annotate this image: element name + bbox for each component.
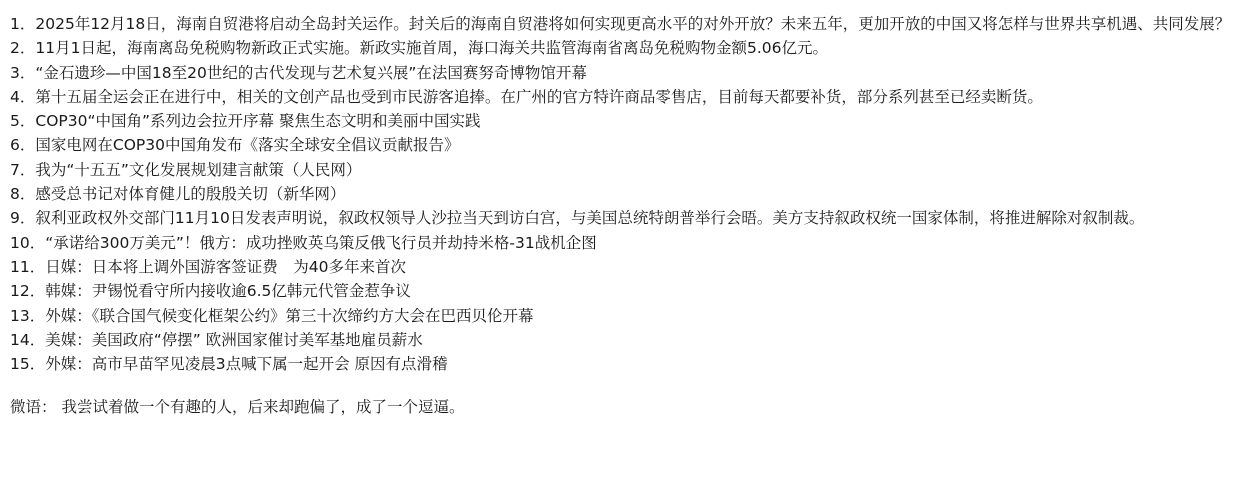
news-item-number: 1． [10, 15, 35, 33]
news-item: 15．外媒：高市早苗罕见凌晨3点喊下属一起开会 原因有点滑稽 [10, 352, 1250, 376]
news-item-text: 美媒：美国政府“停摆” 欧洲国家催讨美军基地雇员薪水 [45, 331, 423, 349]
news-item-text: 日媒：日本将上调外国游客签证费 为40多年来首次 [45, 258, 406, 276]
news-item: 5．COP30“中国角”系列边会拉开序幕 聚焦生态文明和美丽中国实践 [10, 109, 1250, 133]
news-item-number: 12． [10, 282, 45, 300]
footer-quote: 微语： 我尝试着做一个有趣的人，后来却跑偏了，成了一个逗逼。 [10, 395, 1250, 419]
news-item: 14．美媒：美国政府“停摆” 欧洲国家催讨美军基地雇员薪水 [10, 328, 1250, 352]
news-item-number: 7． [10, 161, 35, 179]
news-item: 13．外媒：《联合国气候变化框架公约》第三十次缔约方大会在巴西贝伦开幕 [10, 304, 1250, 328]
news-item: 12．韩媒：尹锡悦看守所内接收逾6.5亿韩元代管金惹争议 [10, 279, 1250, 303]
news-item: 10．“承诺给300万美元”！俄方：成功挫败英乌策反俄飞行员并劫持米格-31战机… [10, 231, 1250, 255]
news-item-text: 2025年12月18日，海南自贸港将启动全岛封关运作。封关后的海南自贸港将如何实… [35, 15, 1230, 33]
news-item-text: 感受总书记对体育健儿的殷殷关切（新华网） [35, 185, 345, 203]
news-digest-page: 1．2025年12月18日，海南自贸港将启动全岛封关运作。封关后的海南自贸港将如… [0, 0, 1260, 419]
news-item-number: 5． [10, 112, 35, 130]
news-item-text: 叙利亚政权外交部门11月10日发表声明说，叙政权领导人沙拉当天到访白宫，与美国总… [35, 209, 1144, 227]
news-item-number: 10． [10, 234, 45, 252]
news-item-text: 外媒：高市早苗罕见凌晨3点喊下属一起开会 原因有点滑稽 [45, 355, 447, 373]
news-item-number: 2． [10, 39, 35, 57]
news-item: 2．11月1日起，海南离岛免税购物新政正式实施。新政实施首周，海口海关共监管海南… [10, 36, 1250, 60]
news-item-text: “金石遗珍—中国18至20世纪的古代发现与艺术复兴展”在法国赛努奇博物馆开幕 [35, 64, 587, 82]
news-item: 6．国家电网在COP30中国角发布《落实全球安全倡议贡献报告》 [10, 133, 1250, 157]
news-item-number: 14． [10, 331, 45, 349]
news-item-number: 4． [10, 88, 35, 106]
news-item-number: 6． [10, 136, 35, 154]
news-item: 7．我为“十五五”文化发展规划建言献策（人民网） [10, 158, 1250, 182]
news-item: 3．“金石遗珍—中国18至20世纪的古代发现与艺术复兴展”在法国赛努奇博物馆开幕 [10, 61, 1250, 85]
news-item-text: 11月1日起，海南离岛免税购物新政正式实施。新政实施首周，海口海关共监管海南省离… [35, 39, 828, 57]
news-item-number: 3． [10, 64, 35, 82]
news-item-number: 8． [10, 185, 35, 203]
news-item: 8．感受总书记对体育健儿的殷殷关切（新华网） [10, 182, 1250, 206]
news-item-number: 9． [10, 209, 35, 227]
news-item: 1．2025年12月18日，海南自贸港将启动全岛封关运作。封关后的海南自贸港将如… [10, 12, 1250, 36]
news-item-number: 15． [10, 355, 45, 373]
footer-quote-label: 微语： [10, 398, 57, 416]
news-item-text: “承诺给300万美元”！俄方：成功挫败英乌策反俄飞行员并劫持米格-31战机企图 [45, 234, 596, 252]
news-item: 11．日媒：日本将上调外国游客签证费 为40多年来首次 [10, 255, 1250, 279]
news-item-text: COP30“中国角”系列边会拉开序幕 聚焦生态文明和美丽中国实践 [35, 112, 480, 130]
news-item-text: 我为“十五五”文化发展规划建言献策（人民网） [35, 161, 361, 179]
news-item-number: 11． [10, 258, 45, 276]
news-item-number: 13． [10, 307, 45, 325]
news-list: 1．2025年12月18日，海南自贸港将启动全岛封关运作。封关后的海南自贸港将如… [10, 12, 1250, 376]
news-item-text: 韩媒：尹锡悦看守所内接收逾6.5亿韩元代管金惹争议 [45, 282, 411, 300]
news-item: 9．叙利亚政权外交部门11月10日发表声明说，叙政权领导人沙拉当天到访白宫，与美… [10, 206, 1250, 230]
footer-quote-text: 我尝试着做一个有趣的人，后来却跑偏了，成了一个逗逼。 [61, 398, 464, 416]
news-item: 4．第十五届全运会正在进行中，相关的文创产品也受到市民游客追捧。在广州的官方特许… [10, 85, 1250, 109]
news-item-text: 国家电网在COP30中国角发布《落实全球安全倡议贡献报告》 [35, 136, 459, 154]
news-item-text: 外媒：《联合国气候变化框架公约》第三十次缔约方大会在巴西贝伦开幕 [45, 307, 533, 325]
news-item-text: 第十五届全运会正在进行中，相关的文创产品也受到市民游客追捧。在广州的官方特许商品… [35, 88, 1043, 106]
